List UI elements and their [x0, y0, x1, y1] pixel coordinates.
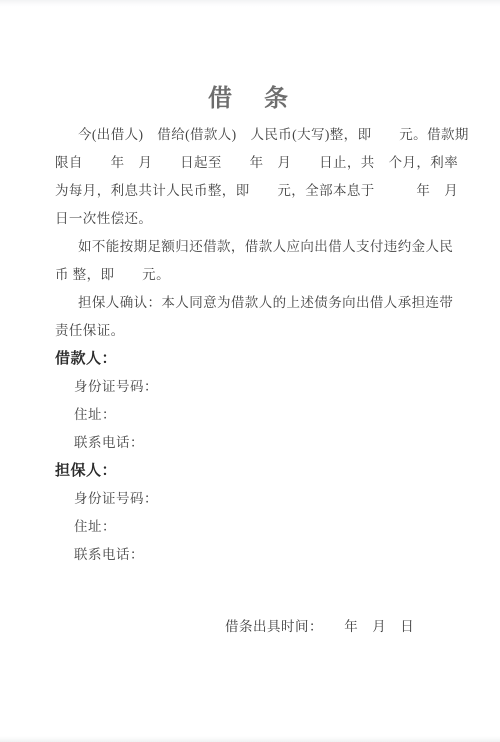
section-heading-borrower: 借款人：: [55, 345, 445, 373]
field-label-address: 住址：: [55, 401, 445, 429]
body-line: 币 整，即 元。: [55, 261, 445, 289]
body-line: 为每月，利息共计人民币整，即 元，全部本息于 年 月: [55, 177, 445, 205]
iou-document-page: 借 条 今(出借人) 借给(借款人) 人民币(大写)整，即 元。借款期 限自 年…: [0, 0, 500, 742]
field-label-address: 住址：: [55, 513, 445, 541]
body-line: 担保人确认：本人同意为借款人的上述债务向出借人承担连带: [55, 289, 445, 317]
field-label-phone: 联系电话：: [55, 541, 445, 569]
body-line: 如不能按期足额归还借款，借款人应向出借人支付违约金人民: [55, 233, 445, 261]
document-content: 借 条 今(出借人) 借给(借款人) 人民币(大写)整，即 元。借款期 限自 年…: [55, 84, 445, 641]
scan-shadow-top: [0, 0, 500, 7]
body-line: 限自 年 月 日起至 年 月 日止，共 个月，利率: [55, 149, 445, 177]
body-line: 日一次性偿还。: [55, 205, 445, 233]
field-label-phone: 联系电话：: [55, 429, 445, 457]
body-line: 今(出借人) 借给(借款人) 人民币(大写)整，即 元。借款期: [55, 121, 445, 149]
scan-shadow-bottom: [0, 736, 500, 742]
field-label-id-number: 身份证号码：: [55, 485, 445, 513]
document-title: 借 条: [55, 84, 445, 114]
field-label-id-number: 身份证号码：: [55, 373, 445, 401]
section-heading-guarantor: 担保人：: [55, 457, 445, 485]
body-line: 责任保证。: [55, 317, 445, 345]
issue-date-line: 借条出具时间： 年 月 日: [55, 613, 445, 641]
